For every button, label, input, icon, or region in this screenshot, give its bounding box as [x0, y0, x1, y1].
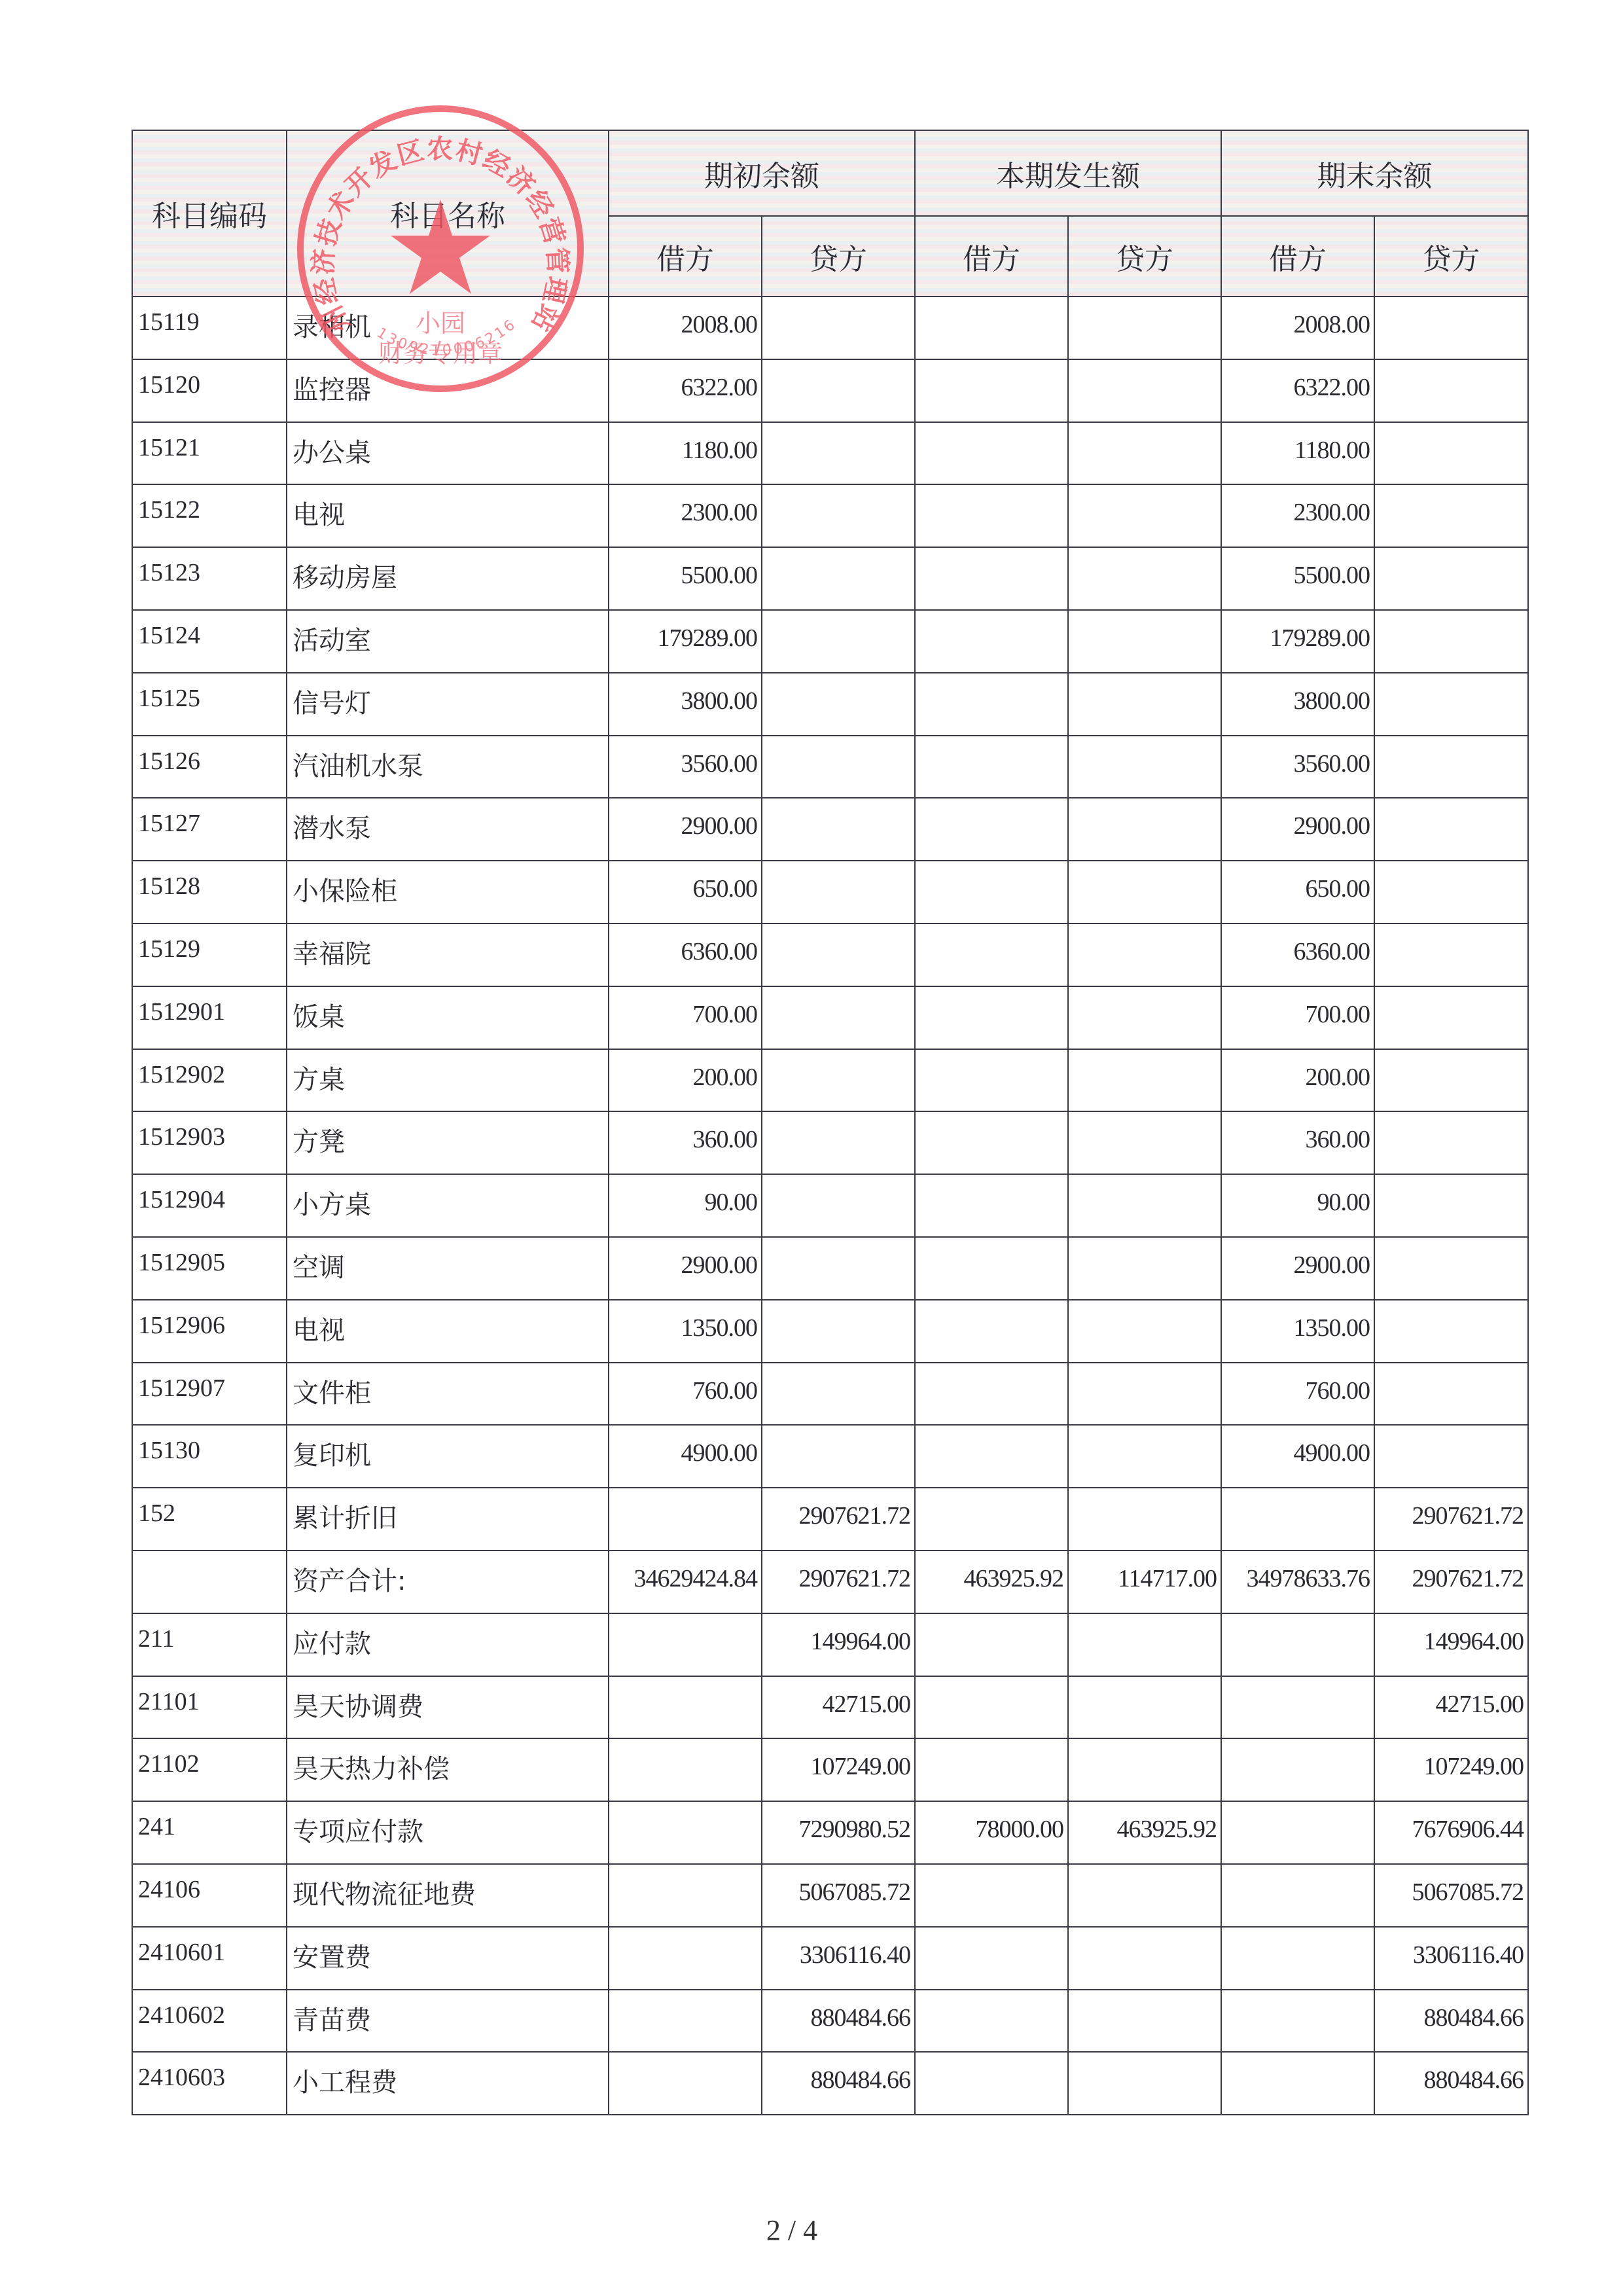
period-credit-cell [1068, 1300, 1221, 1363]
opening-credit-cell [762, 1363, 915, 1426]
closing-debit-cell [1221, 1488, 1374, 1551]
closing-credit-cell [1374, 359, 1528, 422]
period-debit-cell [915, 798, 1068, 861]
closing-debit-cell [1221, 1613, 1374, 1676]
closing-debit-cell: 700.00 [1221, 986, 1374, 1049]
account-code: 1512907 [132, 1363, 287, 1426]
closing-debit-cell: 2900.00 [1221, 798, 1374, 861]
opening-debit-cell: 650.00 [609, 861, 762, 924]
period-credit-cell [1068, 1237, 1221, 1300]
period-debit-cell [915, 1676, 1068, 1739]
period-credit-cell [1068, 359, 1221, 422]
period-credit-cell [1068, 1488, 1221, 1551]
opening-debit-cell: 700.00 [609, 986, 762, 1049]
period-debit-cell [915, 359, 1068, 422]
opening-debit-cell [609, 1801, 762, 1864]
opening-debit-cell: 360.00 [609, 1111, 762, 1174]
table-row: 1512906电视1350.001350.00 [132, 1300, 1528, 1363]
table-row: 15129幸福院6360.006360.00 [132, 924, 1528, 986]
period-credit-cell [1068, 1864, 1221, 1927]
account-name: 潜水泵 [287, 798, 609, 861]
account-code: 152 [132, 1488, 287, 1551]
account-name: 监控器 [287, 359, 609, 422]
opening-debit-cell: 760.00 [609, 1363, 762, 1426]
account-code: 15126 [132, 736, 287, 798]
account-name: 安置费 [287, 1927, 609, 1990]
opening-credit-cell: 2907621.72 [762, 1488, 915, 1551]
period-debit-cell [915, 861, 1068, 924]
closing-credit-cell [1374, 1300, 1528, 1363]
header-closing-balance: 期末余额 [1221, 130, 1528, 216]
period-credit-cell [1068, 1613, 1221, 1676]
table-row: 15123移动房屋5500.005500.00 [132, 547, 1528, 610]
account-name: 应付款 [287, 1613, 609, 1676]
table-row: 15119录相机2008.002008.00 [132, 296, 1528, 359]
account-code: 2410603 [132, 2052, 287, 2115]
closing-credit-cell [1374, 547, 1528, 610]
closing-debit-cell [1221, 1864, 1374, 1927]
account-name: 现代物流征地费 [287, 1864, 609, 1927]
table-row: 15121办公桌1180.001180.00 [132, 422, 1528, 485]
opening-debit-cell: 4900.00 [609, 1425, 762, 1488]
period-credit-cell [1068, 2052, 1221, 2115]
period-debit-cell [915, 1425, 1068, 1488]
period-credit-cell [1068, 673, 1221, 736]
header-period-activity: 本期发生额 [915, 130, 1221, 216]
account-code: 15127 [132, 798, 287, 861]
period-credit-cell [1068, 1927, 1221, 1990]
account-code: 15120 [132, 359, 287, 422]
account-name: 电视 [287, 484, 609, 547]
header-name: 科目名称 [287, 130, 609, 296]
closing-credit-cell: 880484.66 [1374, 2052, 1528, 2115]
opening-credit-cell: 880484.66 [762, 1990, 915, 2053]
opening-debit-cell [609, 1613, 762, 1676]
account-name: 方桌 [287, 1049, 609, 1112]
account-code: 21102 [132, 1738, 287, 1801]
table-row: 152累计折旧2907621.722907621.72 [132, 1488, 1528, 1551]
closing-debit-cell: 360.00 [1221, 1111, 1374, 1174]
account-code: 15119 [132, 296, 287, 359]
account-code: 1512906 [132, 1300, 287, 1363]
closing-debit-cell [1221, 1927, 1374, 1990]
closing-credit-cell [1374, 296, 1528, 359]
account-code: 1512902 [132, 1049, 287, 1112]
opening-credit-cell: 3306116.40 [762, 1927, 915, 1990]
opening-credit-cell [762, 986, 915, 1049]
account-code: 15124 [132, 610, 287, 673]
table-row: 2410603小工程费880484.66880484.66 [132, 2052, 1528, 2115]
account-name: 昊天热力补偿 [287, 1738, 609, 1801]
opening-debit-cell [609, 1738, 762, 1801]
opening-credit-cell [762, 422, 915, 485]
closing-debit-cell: 2900.00 [1221, 1237, 1374, 1300]
period-credit-cell [1068, 1174, 1221, 1237]
table-row: 1512902方桌200.00200.00 [132, 1049, 1528, 1112]
closing-credit-cell [1374, 736, 1528, 798]
header-closing-credit: 贷方 [1374, 216, 1528, 296]
page-number: 2 / 4 [746, 2214, 838, 2247]
period-debit-cell [915, 1111, 1068, 1174]
table-row: 15124活动室179289.00179289.00 [132, 610, 1528, 673]
period-debit-cell [915, 484, 1068, 547]
closing-credit-cell [1374, 924, 1528, 986]
period-credit-cell [1068, 861, 1221, 924]
account-code: 1512901 [132, 986, 287, 1049]
table-header: 科目编码 科目名称 期初余额 本期发生额 期末余额 借方 贷方 借方 贷方 借方… [132, 130, 1528, 296]
table-row: 2410602青苗费880484.66880484.66 [132, 1990, 1528, 2053]
table-row: 24106现代物流征地费5067085.725067085.72 [132, 1864, 1528, 1927]
opening-debit-cell: 1350.00 [609, 1300, 762, 1363]
account-name: 信号灯 [287, 673, 609, 736]
period-credit-cell: 114717.00 [1068, 1551, 1221, 1613]
closing-credit-cell: 2907621.72 [1374, 1488, 1528, 1551]
period-credit-cell [1068, 1990, 1221, 2053]
period-debit-cell [915, 1990, 1068, 2053]
period-credit-cell [1068, 1425, 1221, 1488]
period-debit-cell [915, 1174, 1068, 1237]
header-code: 科目编码 [132, 130, 287, 296]
table-row: 1512903方凳360.00360.00 [132, 1111, 1528, 1174]
account-name: 录相机 [287, 296, 609, 359]
opening-credit-cell [762, 296, 915, 359]
account-code: 15121 [132, 422, 287, 485]
account-code: 2410601 [132, 1927, 287, 1990]
closing-credit-cell [1374, 1425, 1528, 1488]
table-row: 1512901饭桌700.00700.00 [132, 986, 1528, 1049]
opening-debit-cell: 2900.00 [609, 1237, 762, 1300]
opening-credit-cell: 2907621.72 [762, 1551, 915, 1613]
closing-debit-cell: 6360.00 [1221, 924, 1374, 986]
period-credit-cell [1068, 484, 1221, 547]
opening-debit-cell: 1180.00 [609, 422, 762, 485]
account-code: 15130 [132, 1425, 287, 1488]
opening-debit-cell: 5500.00 [609, 547, 762, 610]
opening-credit-cell [762, 736, 915, 798]
opening-debit-cell: 3800.00 [609, 673, 762, 736]
account-name: 办公桌 [287, 422, 609, 485]
closing-debit-cell: 34978633.76 [1221, 1551, 1374, 1613]
opening-debit-cell [609, 2052, 762, 2115]
closing-debit-cell [1221, 1801, 1374, 1864]
account-name: 青苗费 [287, 1990, 609, 2053]
account-code: 1512905 [132, 1237, 287, 1300]
opening-credit-cell: 107249.00 [762, 1738, 915, 1801]
period-debit-cell [915, 736, 1068, 798]
opening-debit-cell [609, 1488, 762, 1551]
opening-debit-cell [609, 1927, 762, 1990]
opening-credit-cell [762, 1174, 915, 1237]
period-credit-cell [1068, 1111, 1221, 1174]
opening-debit-cell [609, 1990, 762, 2053]
closing-debit-cell: 5500.00 [1221, 547, 1374, 610]
opening-debit-cell [609, 1864, 762, 1927]
closing-credit-cell [1374, 1237, 1528, 1300]
opening-credit-cell [762, 924, 915, 986]
opening-credit-cell [762, 1237, 915, 1300]
closing-debit-cell: 2008.00 [1221, 296, 1374, 359]
closing-debit-cell: 650.00 [1221, 861, 1374, 924]
account-name: 小方桌 [287, 1174, 609, 1237]
table-row: 211应付款149964.00149964.00 [132, 1613, 1528, 1676]
account-code: 1512904 [132, 1174, 287, 1237]
closing-credit-cell [1374, 861, 1528, 924]
period-credit-cell [1068, 1738, 1221, 1801]
table-row: 15120监控器6322.006322.00 [132, 359, 1528, 422]
opening-debit-cell: 200.00 [609, 1049, 762, 1112]
account-name: 专项应付款 [287, 1801, 609, 1864]
account-code: 21101 [132, 1676, 287, 1739]
closing-debit-cell: 1350.00 [1221, 1300, 1374, 1363]
table-row: 1512904小方桌90.0090.00 [132, 1174, 1528, 1237]
table-row: 241专项应付款7290980.5278000.00463925.9276769… [132, 1801, 1528, 1864]
period-debit-cell: 463925.92 [915, 1551, 1068, 1613]
closing-debit-cell: 2300.00 [1221, 484, 1374, 547]
period-debit-cell [915, 2052, 1068, 2115]
account-name: 活动室 [287, 610, 609, 673]
account-name: 移动房屋 [287, 547, 609, 610]
table-row: 15125信号灯3800.003800.00 [132, 673, 1528, 736]
account-code: 15123 [132, 547, 287, 610]
table-row: 21101昊天协调费42715.0042715.00 [132, 1676, 1528, 1739]
closing-debit-cell: 179289.00 [1221, 610, 1374, 673]
opening-debit-cell [609, 1676, 762, 1739]
table-body: 15119录相机2008.002008.0015120监控器6322.00632… [132, 296, 1528, 2115]
period-credit-cell [1068, 736, 1221, 798]
opening-credit-cell [762, 861, 915, 924]
period-debit-cell [915, 1927, 1068, 1990]
period-debit-cell [915, 986, 1068, 1049]
period-debit-cell [915, 924, 1068, 986]
account-name: 电视 [287, 1300, 609, 1363]
closing-debit-cell: 90.00 [1221, 1174, 1374, 1237]
closing-credit-cell: 42715.00 [1374, 1676, 1528, 1739]
header-closing-debit: 借方 [1221, 216, 1374, 296]
closing-credit-cell [1374, 798, 1528, 861]
header-period-debit: 借方 [915, 216, 1068, 296]
closing-debit-cell [1221, 2052, 1374, 2115]
closing-debit-cell [1221, 1676, 1374, 1739]
period-debit-cell [915, 1237, 1068, 1300]
balance-table: 科目编码 科目名称 期初余额 本期发生额 期末余额 借方 贷方 借方 贷方 借方… [132, 130, 1529, 2115]
opening-credit-cell [762, 1300, 915, 1363]
account-name: 小保险柜 [287, 861, 609, 924]
closing-debit-cell: 6322.00 [1221, 359, 1374, 422]
opening-debit-cell: 34629424.84 [609, 1551, 762, 1613]
account-name: 累计折旧 [287, 1488, 609, 1551]
period-credit-cell [1068, 610, 1221, 673]
closing-credit-cell: 3306116.40 [1374, 1927, 1528, 1990]
opening-credit-cell: 42715.00 [762, 1676, 915, 1739]
table-row: 1512907文件柜760.00760.00 [132, 1363, 1528, 1426]
table-row: 2410601安置费3306116.403306116.40 [132, 1927, 1528, 1990]
period-credit-cell [1068, 296, 1221, 359]
opening-debit-cell: 6360.00 [609, 924, 762, 986]
account-name: 文件柜 [287, 1363, 609, 1426]
account-code: 241 [132, 1801, 287, 1864]
period-debit-cell [915, 547, 1068, 610]
closing-credit-cell [1374, 1174, 1528, 1237]
opening-credit-cell [762, 610, 915, 673]
opening-debit-cell: 179289.00 [609, 610, 762, 673]
table-row: 15126汽油机水泵3560.003560.00 [132, 736, 1528, 798]
opening-credit-cell [762, 547, 915, 610]
closing-credit-cell: 149964.00 [1374, 1613, 1528, 1676]
opening-credit-cell [762, 484, 915, 547]
table-row: 15122电视2300.002300.00 [132, 484, 1528, 547]
account-code: 15125 [132, 673, 287, 736]
closing-debit-cell [1221, 1990, 1374, 2053]
account-name: 复印机 [287, 1425, 609, 1488]
period-debit-cell [915, 1363, 1068, 1426]
table-row: 21102昊天热力补偿107249.00107249.00 [132, 1738, 1528, 1801]
opening-debit-cell: 90.00 [609, 1174, 762, 1237]
opening-debit-cell: 2008.00 [609, 296, 762, 359]
opening-credit-cell [762, 798, 915, 861]
account-code: 24106 [132, 1864, 287, 1927]
opening-credit-cell: 880484.66 [762, 2052, 915, 2115]
opening-debit-cell: 2300.00 [609, 484, 762, 547]
period-debit-cell [915, 422, 1068, 485]
period-debit-cell [915, 1300, 1068, 1363]
closing-debit-cell: 4900.00 [1221, 1425, 1374, 1488]
closing-debit-cell: 3560.00 [1221, 736, 1374, 798]
period-debit-cell: 78000.00 [915, 1801, 1068, 1864]
header-opening-debit: 借方 [609, 216, 762, 296]
period-debit-cell [915, 1738, 1068, 1801]
account-name: 小工程费 [287, 2052, 609, 2115]
opening-credit-cell: 7290980.52 [762, 1801, 915, 1864]
account-code: 15129 [132, 924, 287, 986]
closing-credit-cell [1374, 484, 1528, 547]
period-debit-cell [915, 1049, 1068, 1112]
period-debit-cell [915, 1613, 1068, 1676]
opening-credit-cell: 149964.00 [762, 1613, 915, 1676]
period-debit-cell [915, 673, 1068, 736]
closing-credit-cell [1374, 1363, 1528, 1426]
opening-credit-cell [762, 359, 915, 422]
period-credit-cell [1068, 798, 1221, 861]
account-code: 1512903 [132, 1111, 287, 1174]
opening-debit-cell: 6322.00 [609, 359, 762, 422]
period-credit-cell [1068, 1049, 1221, 1112]
closing-credit-cell [1374, 673, 1528, 736]
period-credit-cell [1068, 547, 1221, 610]
closing-credit-cell [1374, 986, 1528, 1049]
account-name: 空调 [287, 1237, 609, 1300]
account-code [132, 1551, 287, 1613]
closing-credit-cell [1374, 1111, 1528, 1174]
account-name: 饭桌 [287, 986, 609, 1049]
account-name: 幸福院 [287, 924, 609, 986]
period-credit-cell [1068, 986, 1221, 1049]
table-row: 1512905空调2900.002900.00 [132, 1237, 1528, 1300]
opening-debit-cell: 3560.00 [609, 736, 762, 798]
period-credit-cell [1068, 1363, 1221, 1426]
account-code: 2410602 [132, 1990, 287, 2053]
header-period-credit: 贷方 [1068, 216, 1221, 296]
closing-debit-cell [1221, 1738, 1374, 1801]
period-debit-cell [915, 1864, 1068, 1927]
table-row: 15130复印机4900.004900.00 [132, 1425, 1528, 1488]
closing-credit-cell: 2907621.72 [1374, 1551, 1528, 1613]
closing-credit-cell: 880484.66 [1374, 1990, 1528, 2053]
account-code: 15122 [132, 484, 287, 547]
period-credit-cell [1068, 924, 1221, 986]
period-credit-cell: 463925.92 [1068, 1801, 1221, 1864]
closing-debit-cell: 3800.00 [1221, 673, 1374, 736]
account-name: 汽油机水泵 [287, 736, 609, 798]
closing-credit-cell [1374, 1049, 1528, 1112]
closing-credit-cell: 7676906.44 [1374, 1801, 1528, 1864]
opening-credit-cell [762, 673, 915, 736]
account-name: 方凳 [287, 1111, 609, 1174]
period-debit-cell [915, 610, 1068, 673]
opening-credit-cell [762, 1111, 915, 1174]
table-row: 15127潜水泵2900.002900.00 [132, 798, 1528, 861]
table-row: 15128小保险柜650.00650.00 [132, 861, 1528, 924]
closing-credit-cell [1374, 422, 1528, 485]
closing-credit-cell: 107249.00 [1374, 1738, 1528, 1801]
account-name: 昊天协调费 [287, 1676, 609, 1739]
account-code: 211 [132, 1613, 287, 1676]
period-credit-cell [1068, 422, 1221, 485]
closing-credit-cell [1374, 610, 1528, 673]
opening-credit-cell [762, 1049, 915, 1112]
period-debit-cell [915, 1488, 1068, 1551]
opening-credit-cell: 5067085.72 [762, 1864, 915, 1927]
closing-debit-cell: 760.00 [1221, 1363, 1374, 1426]
header-opening-credit: 贷方 [762, 216, 915, 296]
opening-credit-cell [762, 1425, 915, 1488]
closing-debit-cell: 1180.00 [1221, 422, 1374, 485]
period-credit-cell [1068, 1676, 1221, 1739]
table-row: 资产合计:34629424.842907621.72463925.9211471… [132, 1551, 1528, 1613]
header-opening-balance: 期初余额 [609, 130, 915, 216]
closing-credit-cell: 5067085.72 [1374, 1864, 1528, 1927]
opening-debit-cell: 2900.00 [609, 798, 762, 861]
period-debit-cell [915, 296, 1068, 359]
closing-debit-cell: 200.00 [1221, 1049, 1374, 1112]
account-code: 15128 [132, 861, 287, 924]
account-name: 资产合计: [287, 1551, 609, 1613]
